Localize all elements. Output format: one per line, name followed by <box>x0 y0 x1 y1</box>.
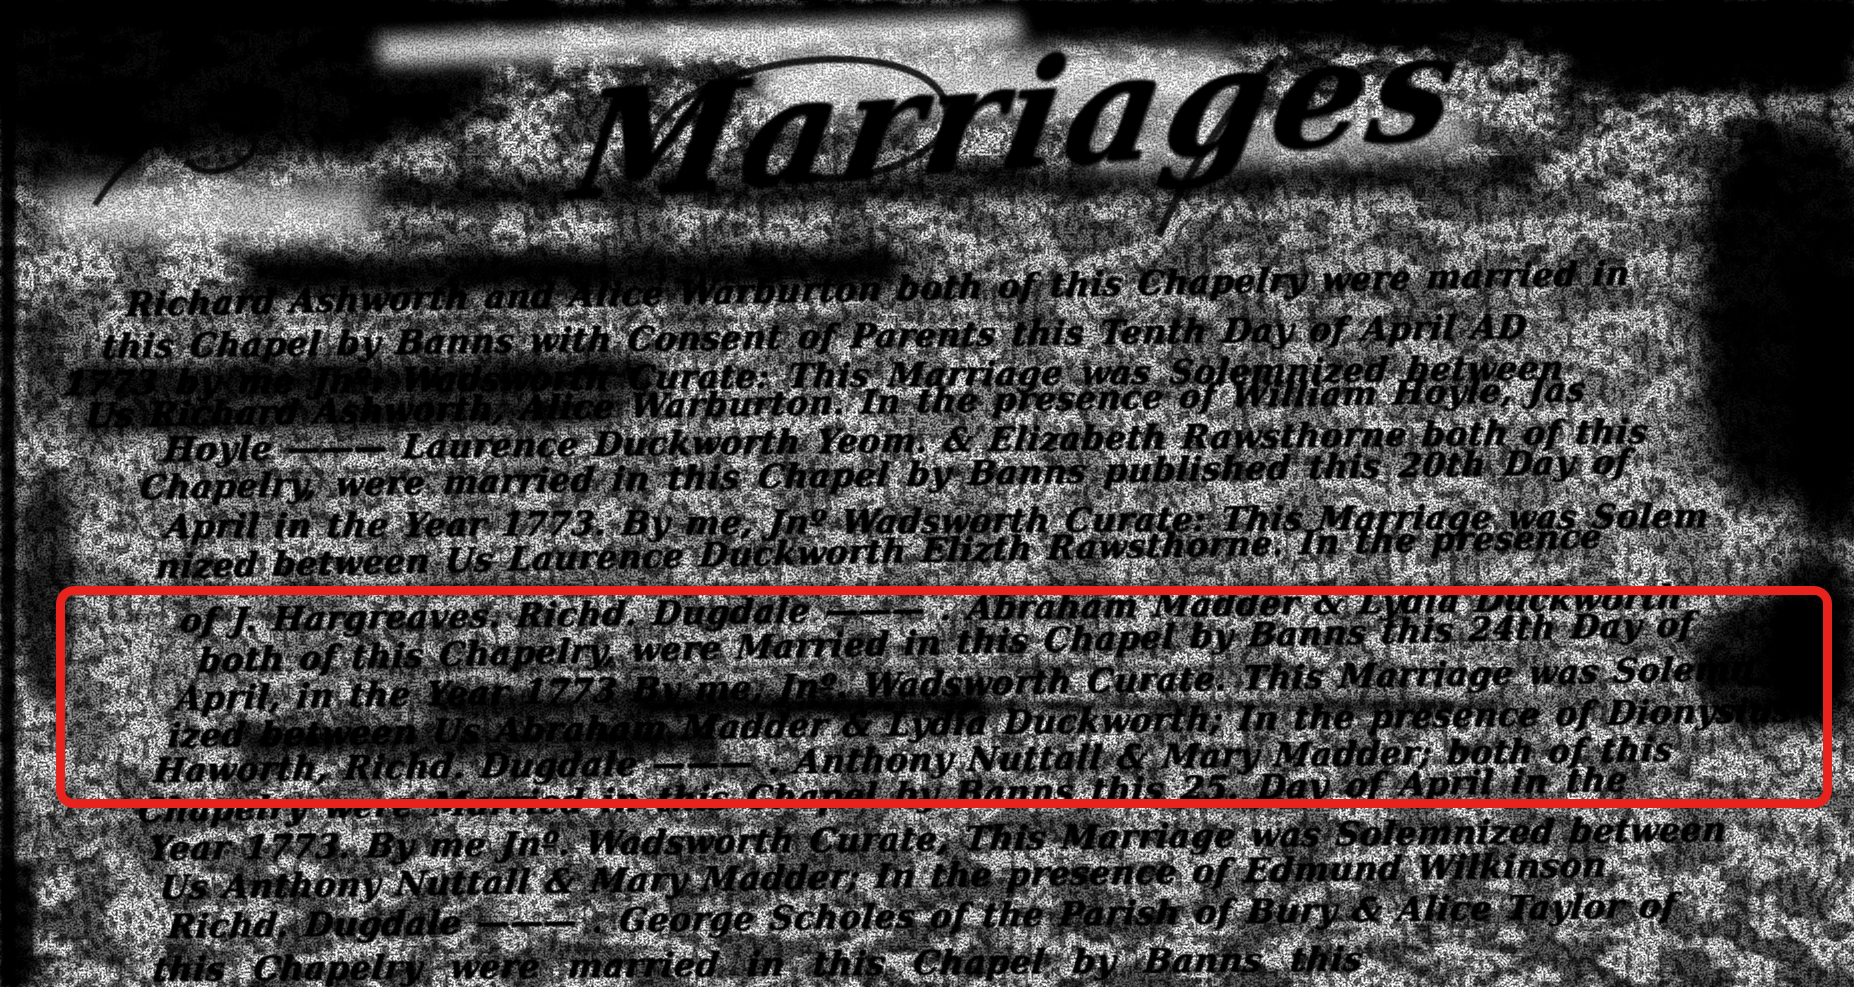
scan-white-streak <box>50 185 370 240</box>
ink-blot <box>1560 0 1854 95</box>
ink-blot <box>0 0 500 160</box>
scanned-page: Marriages Richard Ashworth and Alice War… <box>0 0 1854 987</box>
ink-blot <box>22 295 64 420</box>
ink-blot <box>1795 280 1854 540</box>
marriage-register-scan: Marriages Richard Ashworth and Alice War… <box>0 0 1854 987</box>
ink-blot <box>0 858 36 987</box>
page-heading: Marriages <box>561 0 1475 234</box>
ink-blot <box>16 465 78 710</box>
register-line: this Chapelry were married in this Chape… <box>150 939 1365 987</box>
ink-blot <box>1695 115 1854 505</box>
ink-blot <box>0 0 16 987</box>
ink-blot <box>0 80 150 210</box>
ink-blot <box>0 0 1854 26</box>
